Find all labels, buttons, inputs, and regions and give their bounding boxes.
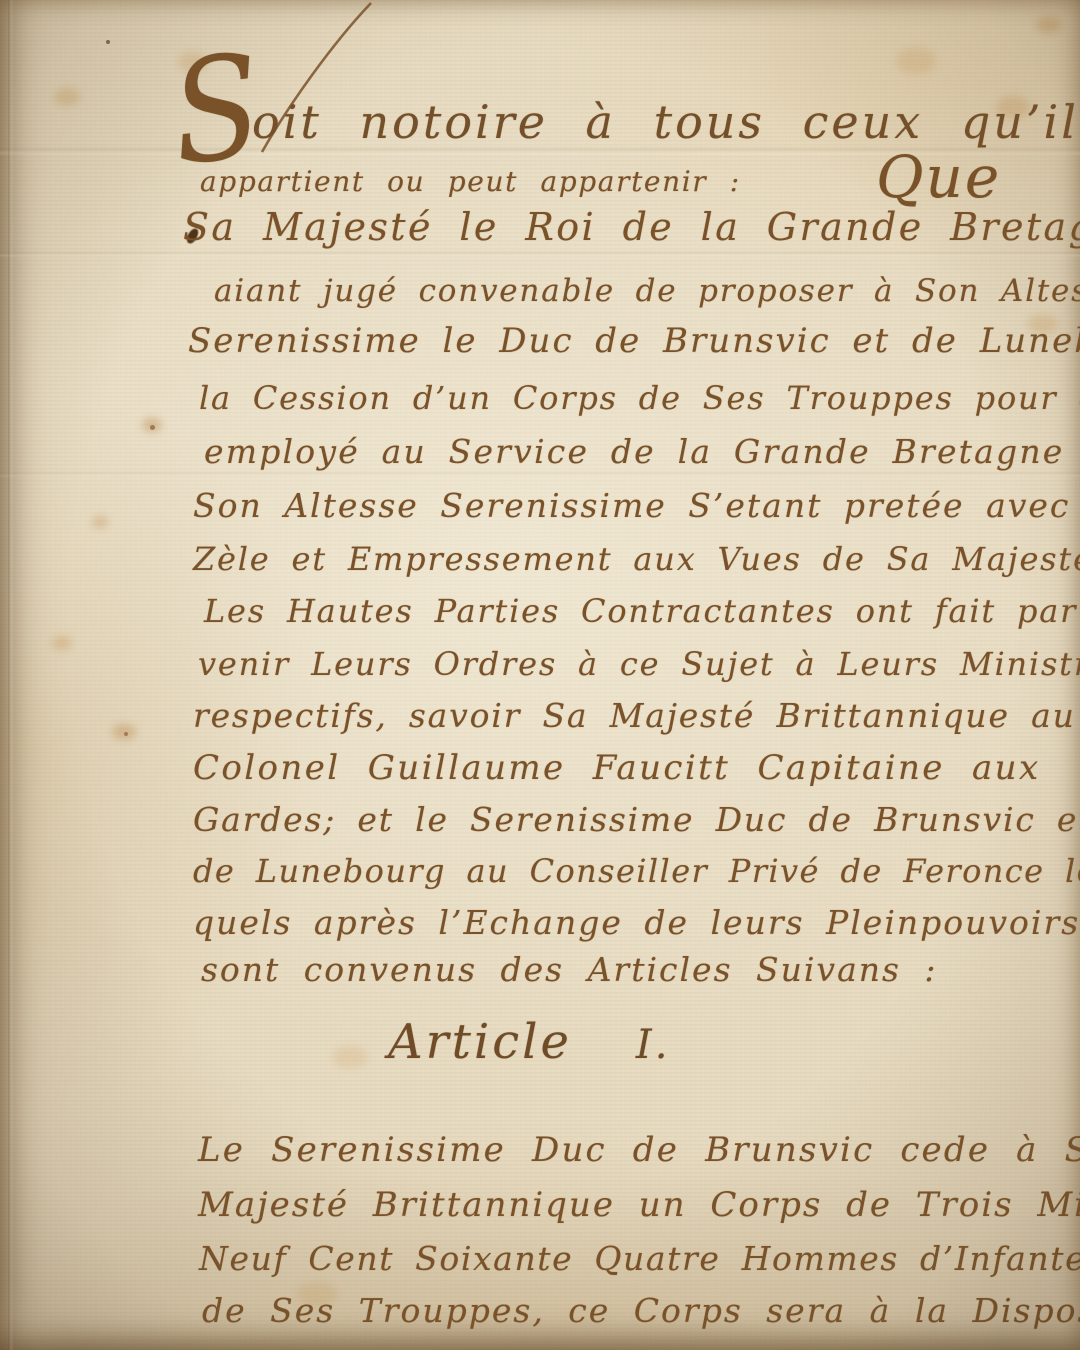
body-line: sont convenus des Articles Suivans : <box>201 951 938 989</box>
body-line: quels après l’Echange de leurs Pleinpouv… <box>193 904 1080 942</box>
body-line: aiant jugé convenable de proposer à Son … <box>214 274 1080 310</box>
body-line: Son Altesse Serenissime S’etant pretée a… <box>193 487 1070 525</box>
body-line: Colonel Guillaume Faucitt Capitaine aux <box>193 749 1041 788</box>
opening-que: Que <box>876 144 1001 211</box>
body-line: Gardes; et le Serenissime Duc de Brunsvi… <box>193 801 1080 839</box>
opening-line: oit notoire à tous ceux qu’il <box>252 96 1079 149</box>
body-line: venir Leurs Ordres à ce Sujet à Leurs Mi… <box>198 646 1080 683</box>
manuscript-page: S oit notoire à tous ceux qu’il appartie… <box>0 0 1080 1350</box>
article-heading-word: Article <box>388 1014 572 1070</box>
foxing-stain <box>54 88 80 106</box>
paper-crease <box>0 470 1080 478</box>
ink-speck <box>106 40 110 44</box>
article-line: Neuf Cent Soixante Quatre Hommes d’Infan… <box>199 1240 1080 1278</box>
body-line: employé au Service de la Grande Bretagne… <box>204 433 1080 471</box>
foxing-stain <box>92 516 108 528</box>
article-line: de Ses Trouppes, ce Corps sera à la Disp… <box>202 1292 1080 1330</box>
body-line: de Lunebourg au Conseiller Privé de Fero… <box>193 853 1080 890</box>
foxing-stain <box>1036 16 1062 34</box>
body-line: Zèle et Empressement aux Vues de Sa Maje… <box>193 541 1080 578</box>
body-line: la Cession d’un Corps de Ses Trouppes po… <box>199 380 1080 417</box>
body-line: respectifs, savoir Sa Majesté Brittanniq… <box>193 697 1076 735</box>
paper-fold-line <box>8 0 14 1350</box>
foxing-stain <box>142 418 162 432</box>
body-line: Serenissime le Duc de Brunsvic et de Lun… <box>188 322 1080 361</box>
article-heading: ArticleI. <box>388 1014 670 1070</box>
body-line: Les Hautes Parties Contractantes ont fai… <box>204 593 1080 630</box>
article-numeral: I. <box>636 1022 671 1068</box>
foxing-stain <box>896 48 936 74</box>
ink-speck <box>150 425 155 430</box>
body-line: Sa Majesté le Roi de la Grande Bretagne <box>183 206 1080 250</box>
foxing-stain <box>332 1046 368 1068</box>
foxing-stain <box>112 724 136 740</box>
paper-crease <box>0 250 1080 258</box>
article-line: Le Serenissime Duc de Brunsvic cede à Sa <box>198 1131 1080 1170</box>
article-line: Majesté Brittannique un Corps de Trois M… <box>198 1186 1080 1225</box>
opening-line-2: appartient ou peut appartenir : <box>200 166 741 198</box>
ink-speck <box>124 732 128 736</box>
foxing-stain <box>52 636 72 650</box>
